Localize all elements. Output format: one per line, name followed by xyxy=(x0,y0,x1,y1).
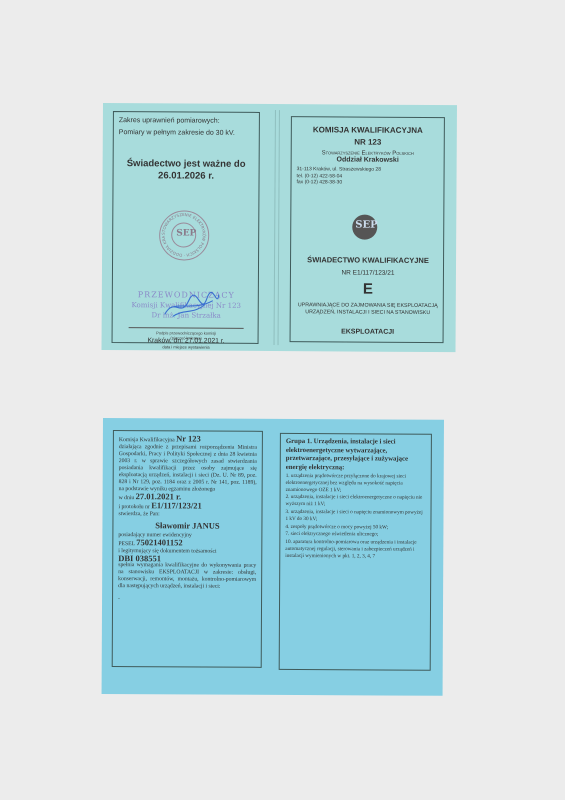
protocol-number: E1/117/123/21 xyxy=(151,500,202,510)
group-item: 1. urządzenia prądotwórcze przyłączone d… xyxy=(286,473,426,494)
group-item: 7. sieci elektrycznego oświetlenia ulicz… xyxy=(285,531,425,539)
certificate-description: UPRAWNIAJĄCE DO ZAJMOWANIA SIĘ EKSPLOATA… xyxy=(291,302,445,317)
pesel: 75021401152 xyxy=(136,537,182,547)
legal-basis: działająca zgodnie z przepisami rozporzą… xyxy=(119,444,257,494)
certificate-title: ŚWIADECTWO KWALIFIKACYJNE xyxy=(291,255,445,265)
group-item: 10. aparatura kontrolno-pomiarowa oraz u… xyxy=(285,539,425,560)
commission-number: NR 123 xyxy=(292,137,444,147)
fold-line xyxy=(274,110,276,345)
qualification-scope: spełnia wymagania kwalifikacyjne do wyko… xyxy=(118,562,256,591)
group-item: 3. urządzenia, instalacje i sieci o napi… xyxy=(285,509,425,523)
validity: Świadectwo jest ważne do 26.01.2026 r. xyxy=(114,158,259,183)
front-right-panel: KOMISJA KWALIFIKACYJNA NR 123 Stowarzysz… xyxy=(290,116,445,343)
signature-icon xyxy=(161,288,221,320)
group-title: Grupa 1. Urządzenia, instalacje i sieci … xyxy=(286,438,426,473)
commission-title: KOMISJA KWALIFIKACYJNA xyxy=(292,125,444,135)
group-item: 4. zespoły prądotwórcze o mocy powyżej 5… xyxy=(285,524,425,532)
group-item: 2. urządzenia, instalacje i sieci elektr… xyxy=(286,494,426,508)
holder-name: Sławomir JANUS xyxy=(118,522,256,530)
certificate-position: EKSPLOATACJI xyxy=(291,328,445,336)
place-date: Kraków, dn. 27.01.2021 r. data i miejsce… xyxy=(112,337,259,350)
sep-seal-icon: STOWARZYSZENIE ELEKTRYKÓW POLSKICH · ODD… xyxy=(159,210,209,260)
certificate-number: NR E1/117/123/21 xyxy=(291,269,445,277)
scope-value: Pomiary w pełnym zakresie do 30 kV. xyxy=(119,129,259,137)
certificate-back: Komisja Kwalifikacyjna Nr 123 działająca… xyxy=(102,418,444,696)
back-right-panel: Grupa 1. Urządzenia, instalacje i sieci … xyxy=(279,433,432,671)
branch-name: Oddział Krakowski xyxy=(292,156,444,164)
certificate-front: Zakres uprawnień pomiarowych: Pomiary w … xyxy=(101,103,457,352)
front-left-panel: Zakres uprawnień pomiarowych: Pomiary w … xyxy=(112,111,260,344)
fold-line xyxy=(278,110,280,345)
certificate-category: E xyxy=(291,280,445,298)
scope-label: Zakres uprawnień pomiarowych: xyxy=(119,117,259,125)
contact-info: 31-113 Kraków, ul. Straszewskiego 28 tel… xyxy=(296,166,443,186)
signature-line xyxy=(129,327,244,329)
back-left-panel: Komisja Kwalifikacyjna Nr 123 działająca… xyxy=(112,430,263,668)
sep-logo-icon: SEP xyxy=(352,215,377,240)
